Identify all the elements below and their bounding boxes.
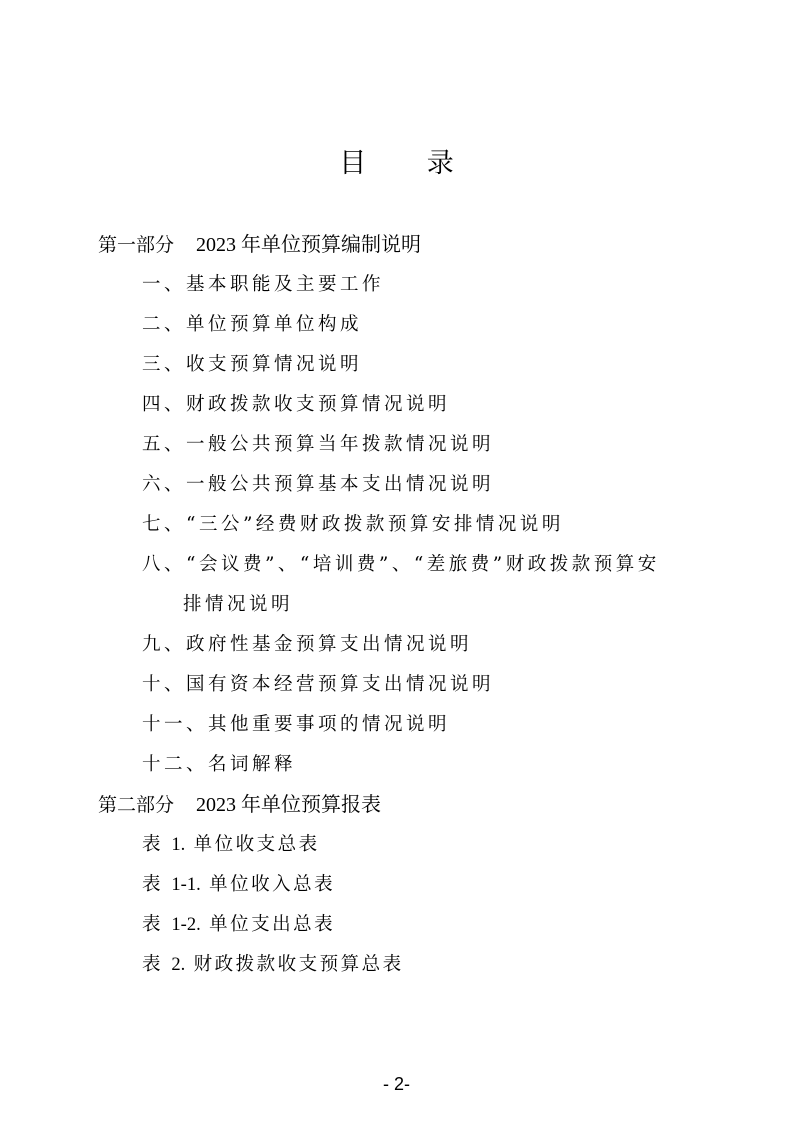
toc-item[interactable]: 三、收支预算情况说明 xyxy=(142,352,362,378)
toc-table-item[interactable]: 表 1-2. 单位支出总表 xyxy=(142,912,335,938)
toc-item[interactable]: 四、财政拨款收支预算情况说明 xyxy=(142,392,450,418)
toc-part-1[interactable]: 第一部分2023 年单位预算编制说明 xyxy=(98,232,421,258)
toc-item[interactable]: 六、一般公共预算基本支出情况说明 xyxy=(142,472,494,498)
part-label: 第一部分 xyxy=(98,234,174,256)
table-prefix: 表 xyxy=(142,954,163,975)
toc-item[interactable]: 七、“三公”经费财政拨款预算安排情况说明 xyxy=(142,512,564,538)
toc-table-item[interactable]: 表 2. 财政拨款收支预算总表 xyxy=(142,952,404,978)
toc-item[interactable]: 十一、其他重要事项的情况说明 xyxy=(142,712,450,738)
part-title: 2023 年单位预算报表 xyxy=(196,794,381,816)
document-title: 目 录 xyxy=(0,144,793,184)
toc-item[interactable]: 二、单位预算单位构成 xyxy=(142,312,362,338)
table-prefix: 表 xyxy=(142,874,163,895)
table-name: 单位支出总表 xyxy=(209,914,335,935)
table-prefix: 表 xyxy=(142,834,163,855)
table-number: 1-2. xyxy=(171,915,200,935)
toc-part-2[interactable]: 第二部分2023 年单位预算报表 xyxy=(98,792,381,818)
table-prefix: 表 xyxy=(142,914,163,935)
table-number: 1. xyxy=(171,835,185,855)
toc-item[interactable]: 八、“会议费”、“培训费”、“差旅费”财政拨款预算安 xyxy=(142,552,660,578)
page-number: - 2- xyxy=(0,1072,793,1096)
toc-item[interactable]: 五、一般公共预算当年拨款情况说明 xyxy=(142,432,494,458)
table-name: 财政拨款收支预算总表 xyxy=(194,954,404,975)
part-title: 2023 年单位预算编制说明 xyxy=(196,234,421,256)
toc-table-item[interactable]: 表 1-1. 单位收入总表 xyxy=(142,872,335,898)
part-label: 第二部分 xyxy=(98,794,174,816)
toc-item[interactable]: 十二、名词解释 xyxy=(142,752,296,778)
table-name: 单位收入总表 xyxy=(209,874,335,895)
toc-item[interactable]: 十、国有资本经营预算支出情况说明 xyxy=(142,672,494,698)
toc-item[interactable]: 九、政府性基金预算支出情况说明 xyxy=(142,632,472,658)
toc-table-item[interactable]: 表 1. 单位收支总表 xyxy=(142,832,320,858)
table-number: 1-1. xyxy=(171,875,200,895)
toc-item[interactable]: 一、基本职能及主要工作 xyxy=(142,272,384,298)
table-number: 2. xyxy=(171,955,185,975)
table-name: 单位收支总表 xyxy=(194,834,320,855)
toc-item-continuation[interactable]: 排情况说明 xyxy=(183,592,293,618)
